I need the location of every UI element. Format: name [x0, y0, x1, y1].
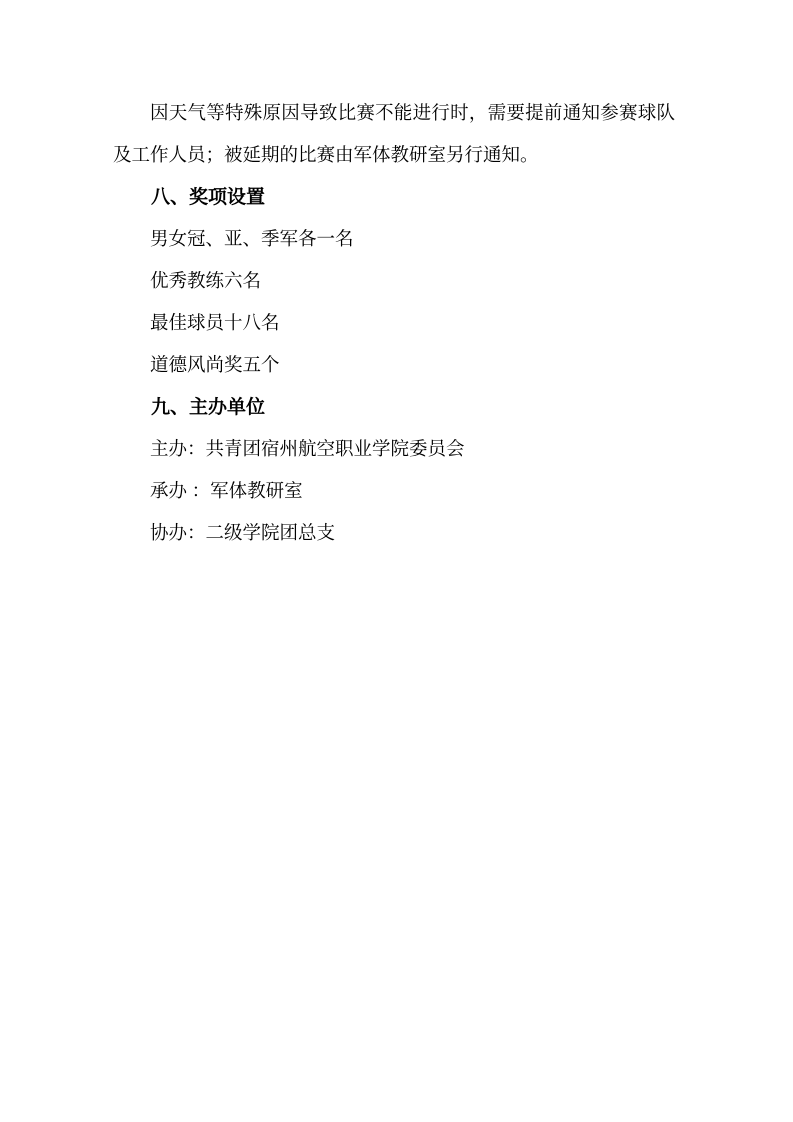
award-item-champions: 男女冠、亚、季军各一名: [113, 219, 675, 261]
award-item-best-players: 最佳球员十八名: [113, 303, 675, 345]
section-heading-awards: 八、奖项设置: [113, 177, 675, 219]
award-item-coaches: 优秀教练六名: [113, 261, 675, 303]
organizer-item-undertaker: 承办 ：军体教研室: [113, 471, 675, 513]
paragraph-postponement-notice: 因天气等特殊原因导致比赛不能进行时，需要提前通知参赛球队及工作人员；被延期的比赛…: [113, 93, 675, 177]
document-content: 因天气等特殊原因导致比赛不能进行时，需要提前通知参赛球队及工作人员；被延期的比赛…: [113, 93, 675, 555]
award-item-ethics: 道德风尚奖五个: [113, 345, 675, 387]
document-page: 因天气等特殊原因导致比赛不能进行时，需要提前通知参赛球队及工作人员；被延期的比赛…: [0, 0, 793, 1122]
organizer-item-host: 主办：共青团宿州航空职业学院委员会: [113, 429, 675, 471]
organizer-item-coorganizer: 协办：二级学院团总支: [113, 513, 675, 555]
section-heading-organizers: 九、主办单位: [113, 387, 675, 429]
